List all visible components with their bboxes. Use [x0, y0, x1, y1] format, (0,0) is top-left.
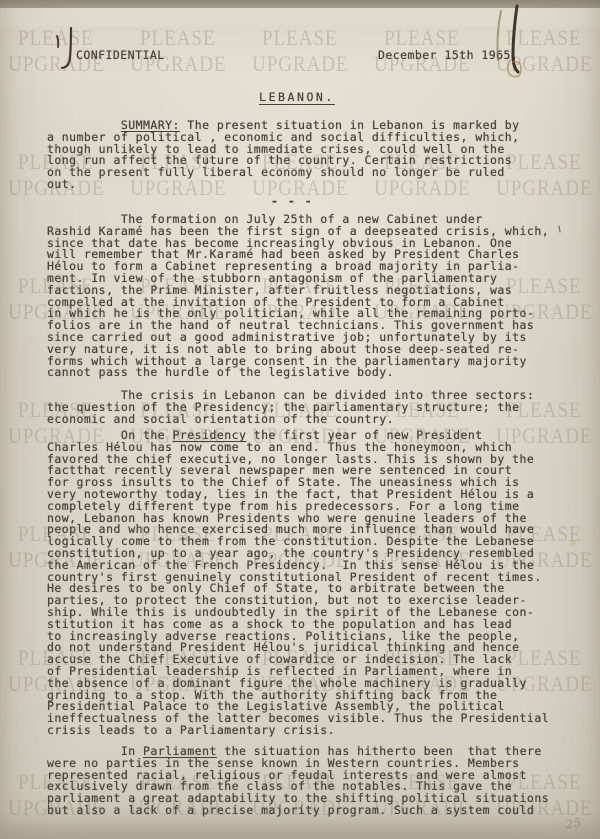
watermark-word: PLEASE	[506, 27, 581, 49]
scanned-document-page: PLEASEUPGRADEPLEASEUPGRADEPLEASEUPGRADEP…	[0, 0, 600, 839]
scan-top-band	[0, 0, 600, 8]
paragraph-cabinet-formation: The formation on July 25th of a new Cabi…	[47, 214, 549, 379]
paragraph-parliament: In Parliament the situation has hitherto…	[47, 746, 549, 817]
date-label: December 15th 1965.	[378, 50, 518, 62]
watermark-word: PLEASE	[384, 27, 459, 49]
classification-label: CONFIDENTIAL	[76, 50, 165, 62]
document-header: CONFIDENTIAL December 15th 1965.	[0, 50, 600, 64]
page-title: LEBANON.	[0, 92, 594, 104]
section-divider: - - -	[271, 196, 313, 208]
pen-mark-left-tick	[57, 36, 58, 47]
paper-top-edge	[0, 8, 600, 27]
paragraph-presidency: On the Presidency the first year of new …	[47, 430, 549, 737]
watermark-word: PLEASE	[18, 27, 93, 49]
watermark-word: PLEASE	[140, 27, 215, 49]
page-number-note: 25	[565, 816, 583, 831]
paragraph-crisis-sectors: The crisis in Lebanon can be divided int…	[47, 390, 534, 425]
stray-mark	[559, 226, 560, 232]
paragraph-summary: SUMMARY: The present situation in Lebano…	[47, 120, 520, 191]
watermark-word: PLEASE	[262, 27, 337, 49]
